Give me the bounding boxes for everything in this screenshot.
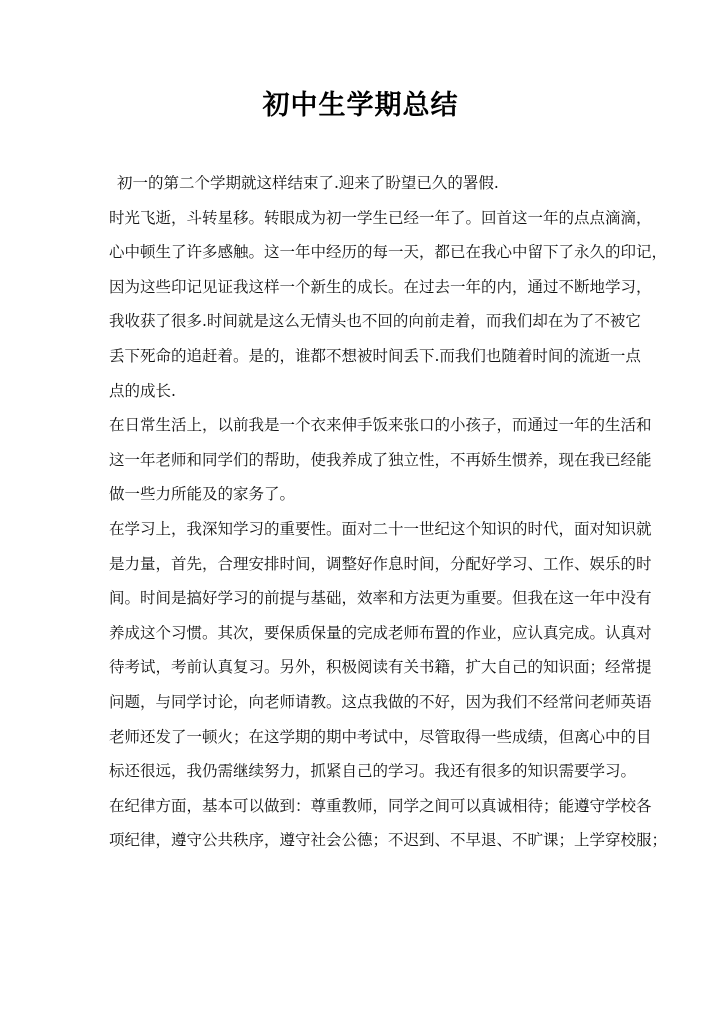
paragraph-study-line: 问题，与同学讨论，向老师请教。这点我做的不好，因为我们不经常问老师英语: [109, 685, 609, 720]
paragraph-reflection-line: 时光飞逝，斗转星移。转眼成为初一学生已经一年了。回首这一年的点点滴滴，: [109, 201, 609, 236]
paragraph-reflection-line: 点的成长.: [109, 374, 609, 409]
paragraph-reflection-line: 丢下死命的追赶着。是的，谁都不想被时间丢下.而我们也随着时间的流逝一点: [109, 339, 609, 374]
document-body: 初一的第二个学期就这样结束了.迎来了盼望已久的署假. 时光飞逝，斗转星移。转眼成…: [109, 166, 609, 858]
paragraph-reflection-line: 因为这些印记见证我这样一个新生的成长。在过去一年的内，通过不断地学习，: [109, 270, 609, 305]
paragraph-study-line: 标还很远，我仍需继续努力，抓紧自己的学习。我还有很多的知识需要学习。: [109, 754, 609, 789]
paragraph-daily-life-line: 做一些力所能及的家务了。: [109, 477, 609, 512]
paragraph-study-line: 老师还发了一顿火；在这学期的期中考试中，尽管取得一些成绩，但离心中的目: [109, 720, 609, 755]
paragraph-intro-line: 初一的第二个学期就这样结束了.迎来了盼望已久的署假.: [109, 166, 609, 201]
paragraph-study-line: 是力量，首先，合理安排时间，调整好作息时间，分配好学习、工作、娱乐的时: [109, 547, 609, 582]
paragraph-study-line: 待考试，考前认真复习。另外，积极阅读有关书籍，扩大自己的知识面；经常提: [109, 650, 609, 685]
document-page: 初中生学期总结 初一的第二个学期就这样结束了.迎来了盼望已久的署假. 时光飞逝，…: [0, 0, 721, 1020]
paragraph-daily-life-line: 在日常生活上，以前我是一个衣来伸手饭来张口的小孩子，而通过一年的生活和: [109, 408, 609, 443]
paragraph-discipline-line: 项纪律，遵守公共秩序，遵守社会公德；不迟到、不早退、不旷课；上学穿校服；: [109, 823, 609, 858]
paragraph-study-line: 养成这个习惯。其次，要保质保量的完成老师布置的作业，应认真完成。认真对: [109, 616, 609, 651]
document-title: 初中生学期总结: [0, 86, 721, 126]
paragraph-study-line: 在学习上，我深知学习的重要性。面对二十一世纪这个知识的时代，面对知识就: [109, 512, 609, 547]
paragraph-reflection-line: 心中顿生了许多感触。这一年中经历的每一天，都已在我心中留下了永久的印记，: [109, 235, 609, 270]
paragraph-discipline-line: 在纪律方面，基本可以做到：尊重教师，同学之间可以真诚相待；能遵守学校各: [109, 789, 609, 824]
paragraph-reflection-line: 我收获了很多.时间就是这么无情头也不回的向前走着，而我们却在为了不被它: [109, 304, 609, 339]
paragraph-study-line: 间。时间是搞好学习的前提与基础，效率和方法更为重要。但我在这一年中没有: [109, 581, 609, 616]
paragraph-daily-life-line: 这一年老师和同学们的帮助，使我养成了独立性，不再娇生惯养，现在我已经能: [109, 443, 609, 478]
